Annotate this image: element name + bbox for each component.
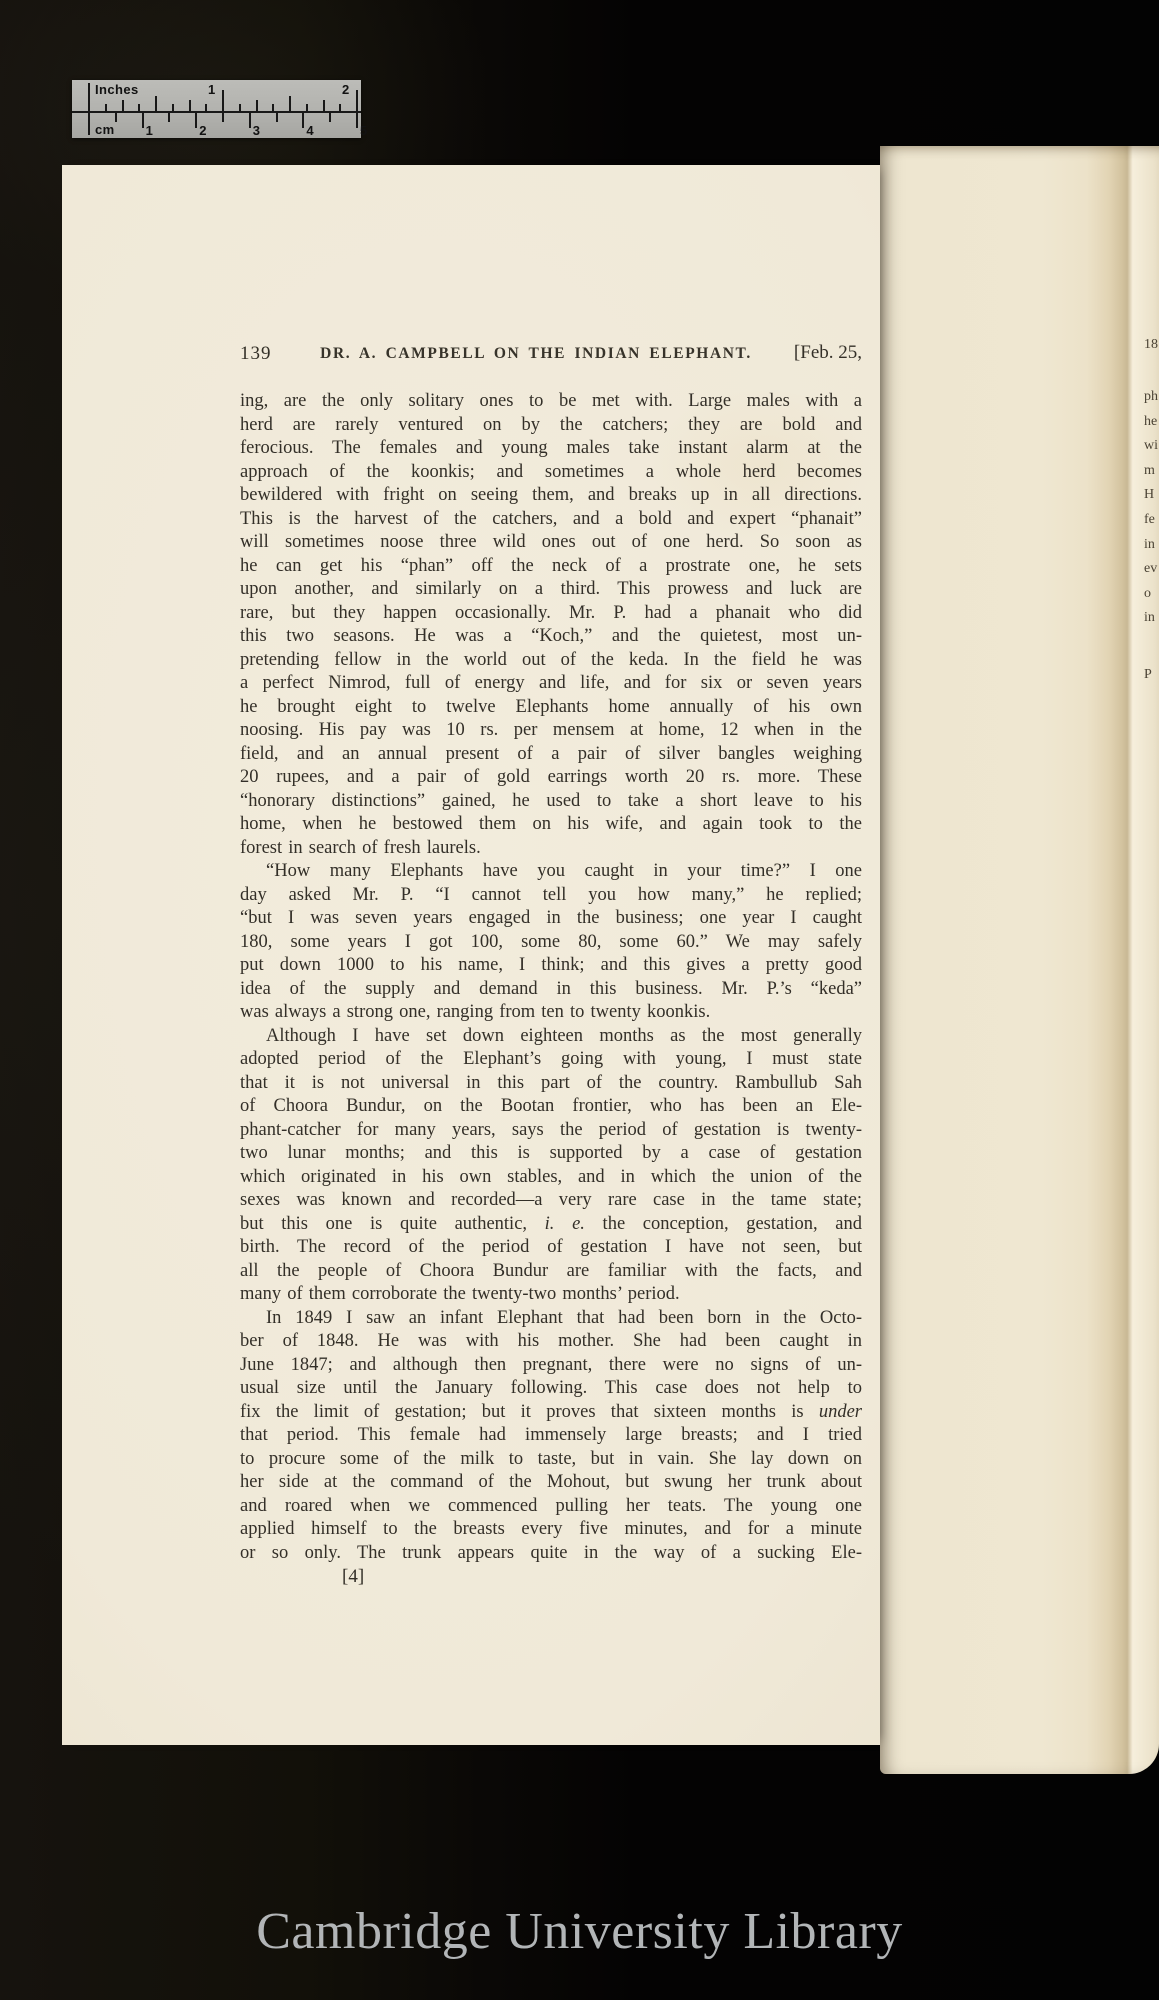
text-line: In 1849 I saw an infant Elephant that ha… <box>240 1307 862 1331</box>
text-line: adopted period of the Elephant’s going w… <box>240 1048 862 1072</box>
ruler-tick <box>88 113 90 128</box>
ruler-cm-number: 1 <box>146 123 153 138</box>
edge-text-fragment: 18 <box>1144 338 1158 352</box>
ruler-tick <box>222 90 224 111</box>
text-line: fix the limit of gestation; but it prove… <box>240 1401 862 1425</box>
book-fore-edge: 18phhewimHfeinevoinP <box>880 146 1159 1774</box>
text-line: he brought eight to twelve Elephants hom… <box>240 696 862 720</box>
ruler-tick <box>189 100 191 111</box>
text-line: June 1847; and although then pregnant, t… <box>240 1354 862 1378</box>
text-line: “How many Elephants have you caught in y… <box>240 860 862 884</box>
edge-text-fragment: ph <box>1144 390 1158 404</box>
text-line: applied himself to the breasts every fiv… <box>240 1518 862 1542</box>
edge-text-fragment: wi <box>1144 439 1158 453</box>
edge-text-fragment: ev <box>1144 562 1157 576</box>
ruler-tick <box>115 113 117 122</box>
text-line: 180, some years I got 100, some 80, some… <box>240 931 862 955</box>
text-line: but this one is quite authentic, i. e. t… <box>240 1213 862 1237</box>
ruler-cm-number: 3 <box>253 123 260 138</box>
ruler-tick <box>272 104 274 111</box>
ruler-tick <box>356 113 358 128</box>
text-line: he can get his “phan” off the neck of a … <box>240 555 862 579</box>
ruler-tick <box>256 100 258 111</box>
header-date: [Feb. 25, <box>794 342 862 364</box>
text-line: day asked Mr. P. “I cannot tell you how … <box>240 884 862 908</box>
ruler-tick <box>142 113 144 128</box>
edge-text-fragment: fe <box>1144 513 1155 527</box>
ruler-tick <box>168 113 170 122</box>
edge-text-fragment: m <box>1144 464 1155 478</box>
text-line: this two seasons. He was a “Koch,” and t… <box>240 625 862 649</box>
text-line: noosing. His pay was 10 rs. per mensem a… <box>240 719 862 743</box>
text-line: that it is not universal in this part of… <box>240 1072 862 1096</box>
text-line: phant-catcher for many years, says the p… <box>240 1119 862 1143</box>
ruler-tick <box>339 104 341 111</box>
ruler-tick <box>88 90 90 111</box>
text-line: all the people of Choora Bundur are fami… <box>240 1260 862 1284</box>
ruler-tick <box>249 113 251 128</box>
library-watermark: Cambridge University Library <box>0 1902 1159 1961</box>
text-line: a perfect Nimrod, full of energy and lif… <box>240 672 862 696</box>
edge-text-fragment: in <box>1144 538 1155 552</box>
text-line: pretending fellow in the world out of th… <box>240 649 862 673</box>
paragraph: Although I have set down eighteen months… <box>240 1025 862 1307</box>
edge-text-fragment: he <box>1144 415 1157 429</box>
text-line: of Choora Bundur, on the Bootan frontier… <box>240 1095 862 1119</box>
text-line: “but I was seven years engaged in the bu… <box>240 907 862 931</box>
scanned-book-photo: Inches 12 cm 12345 18phhewimHfeinevoinP … <box>0 0 1159 2000</box>
ruler-tick <box>155 96 157 111</box>
text-line: home, when he bestowed them on his wife,… <box>240 813 862 837</box>
ruler-tick <box>302 113 304 128</box>
ruler-tick <box>195 113 197 128</box>
ruler-tick <box>122 100 124 111</box>
text-line: Although I have set down eighteen months… <box>240 1025 862 1049</box>
ruler-inch-number: 2 <box>342 82 349 97</box>
ruler-tick <box>289 96 291 111</box>
text-line: to procure some of the milk to taste, bu… <box>240 1448 862 1472</box>
page-text: ing, are the only solitary ones to be me… <box>240 390 862 1589</box>
paragraph: In 1849 I saw an infant Elephant that ha… <box>240 1307 862 1566</box>
text-line: will sometimes noose three wild ones out… <box>240 531 862 555</box>
text-line: usual size until the January following. … <box>240 1377 862 1401</box>
text-line: field, and an annual present of a pair o… <box>240 743 862 767</box>
ruler-tick <box>172 104 174 111</box>
text-line: forest in search of fresh laurels. <box>240 837 862 861</box>
text-line: rare, but they happen occasionally. Mr. … <box>240 602 862 626</box>
ruler-cm-number: 4 <box>306 123 313 138</box>
edge-text-fragment: H <box>1144 488 1154 502</box>
text-line: two lunar months; and this is supported … <box>240 1142 862 1166</box>
ruler-inch-number: 1 <box>208 82 215 97</box>
text-line: sexes was known and recorded—a very rare… <box>240 1189 862 1213</box>
ruler-tick <box>205 104 207 111</box>
ruler-tick <box>306 104 308 111</box>
edge-text-fragment: P <box>1144 668 1152 682</box>
text-line: approach of the koonkis; and sometimes a… <box>240 461 862 485</box>
ruler-inch-scale: Inches 12 <box>72 80 361 113</box>
ruler-tick <box>323 100 325 111</box>
ruler-tick <box>105 104 107 111</box>
page-header: 139 DR. A. CAMPBELL ON THE INDIAN ELEPHA… <box>240 341 862 365</box>
ruler-cm-scale: cm 12345 <box>72 113 361 138</box>
running-title: DR. A. CAMPBELL ON THE INDIAN ELEPHANT. <box>280 345 792 363</box>
text-line: 20 rupees, and a pair of gold earrings w… <box>240 766 862 790</box>
ruler-inches-label: Inches <box>95 82 139 97</box>
ruler-tick <box>239 104 241 111</box>
text-line: was always a strong one, ranging from te… <box>240 1001 862 1025</box>
ruler-cm-number: 5 <box>360 123 367 138</box>
text-line: This is the harvest of the catchers, and… <box>240 508 862 532</box>
text-line: or so only. The trunk appears quite in t… <box>240 1542 862 1566</box>
text-line: herd are rarely ventured on by the catch… <box>240 414 862 438</box>
text-line: “honorary distinctions” gained, he used … <box>240 790 862 814</box>
text-line: bewildered with fright on seeing them, a… <box>240 484 862 508</box>
text-line: that period. This female had immensely l… <box>240 1424 862 1448</box>
ruler-tick <box>329 113 331 122</box>
paragraph: ing, are the only solitary ones to be me… <box>240 390 862 860</box>
text-line: many of them corroborate the twenty-two … <box>240 1283 862 1307</box>
text-line: birth. The record of the period of gesta… <box>240 1236 862 1260</box>
ruler-tick <box>276 113 278 122</box>
book-page: 139 DR. A. CAMPBELL ON THE INDIAN ELEPHA… <box>62 165 880 1745</box>
ruler-tick <box>138 104 140 111</box>
text-line: which originated in his own stables, and… <box>240 1166 862 1190</box>
next-page-edge: 18phhewimHfeinevoinP <box>880 146 1159 1774</box>
text-line: and roared when we commenced pulling her… <box>240 1495 862 1519</box>
text-line: upon another, and similarly on a third. … <box>240 578 862 602</box>
text-line: put down 1000 to his name, I think; and … <box>240 954 862 978</box>
ruler-cm-label: cm <box>95 122 115 137</box>
ruler-tick <box>222 113 224 122</box>
measurement-ruler: Inches 12 cm 12345 <box>72 80 361 138</box>
text-line: idea of the supply and demand in this bu… <box>240 978 862 1002</box>
ruler-tick <box>356 90 358 111</box>
ruler-cm-number: 2 <box>199 123 206 138</box>
text-line: ferocious. The females and young males t… <box>240 437 862 461</box>
edge-text-fragment: in <box>1144 611 1155 625</box>
signature-mark: [4] <box>240 1565 862 1589</box>
page-number: 139 <box>240 343 272 365</box>
text-line: her side at the command of the Mohout, b… <box>240 1471 862 1495</box>
edge-text-fragment: o <box>1144 587 1151 601</box>
text-line: ing, are the only solitary ones to be me… <box>240 390 862 414</box>
paragraph: “How many Elephants have you caught in y… <box>240 860 862 1025</box>
text-line: ber of 1848. He was with his mother. She… <box>240 1330 862 1354</box>
